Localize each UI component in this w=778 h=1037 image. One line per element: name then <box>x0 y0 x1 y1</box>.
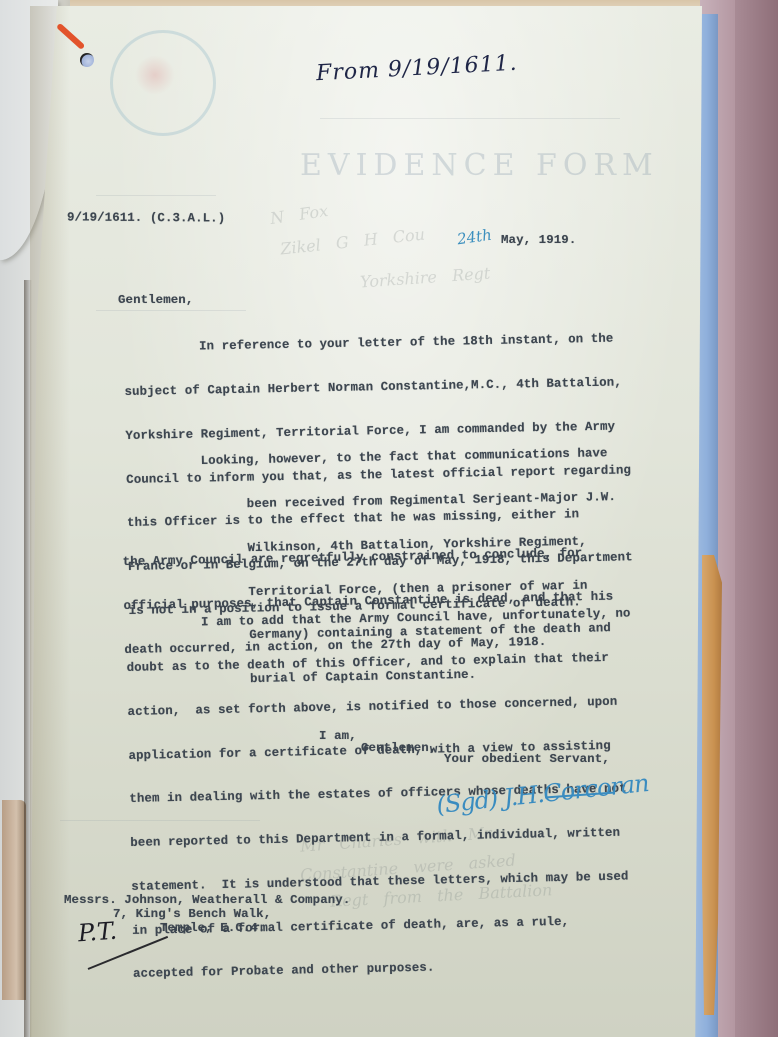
salutation: Gentlemen, <box>118 293 193 308</box>
letter-date: May, 1919. <box>501 233 576 248</box>
paragraph-line: action, as set forth above, is notified … <box>127 694 632 719</box>
closing-line-1: I am, <box>319 729 357 744</box>
faint-stamp-crest-icon <box>135 55 175 95</box>
addressee-line-2: 7, King's Bench Walk, <box>113 907 271 922</box>
folder-cover-shadow <box>735 0 778 1037</box>
handwritten-initials: P.T. <box>77 917 118 948</box>
paragraph-line: the Army Council are regretfully constra… <box>123 546 613 570</box>
letter-reference: 9/19/1611. (C.3.A.L.) <box>67 210 225 226</box>
closing-line-3: Your obedient Servant, <box>444 752 610 767</box>
faint-form-line <box>96 195 216 196</box>
addressee-line-1: Messrs. Johnson, Weatherall & Company. <box>64 893 350 908</box>
faint-form-line <box>320 118 620 119</box>
paragraph-line: subject of Captain Herbert Norman Consta… <box>124 375 629 399</box>
paragraph-line: accepted for Probate and other purposes. <box>133 957 638 982</box>
left-folder-tab <box>2 800 26 1000</box>
paragraph-line: statement. It is understood that these l… <box>131 869 636 894</box>
paragraph-line: In reference to your letter of the 18th … <box>124 331 629 355</box>
paragraph-line: been reported to this Department in a fo… <box>130 825 635 850</box>
closing-line-2: Gentlemen, <box>361 741 436 756</box>
faint-form-title: EVIDENCE FORM <box>300 148 659 183</box>
sheet-edge-shadow <box>30 6 70 1037</box>
addressee-line-3: Temple, E.C.4. <box>160 921 266 936</box>
paragraph-line: doubt as to the death of this Officer, a… <box>127 650 632 675</box>
sheet-fold-shadow <box>24 280 32 1037</box>
paragraph-line: I am to add that the Army Council have, … <box>126 607 631 632</box>
paragraph-line: been received from Regimental Serjeant-M… <box>201 490 616 513</box>
treasury-tag-eyelet-icon <box>80 53 94 67</box>
paragraph-line: Looking, however, to the fact that commu… <box>201 446 616 469</box>
